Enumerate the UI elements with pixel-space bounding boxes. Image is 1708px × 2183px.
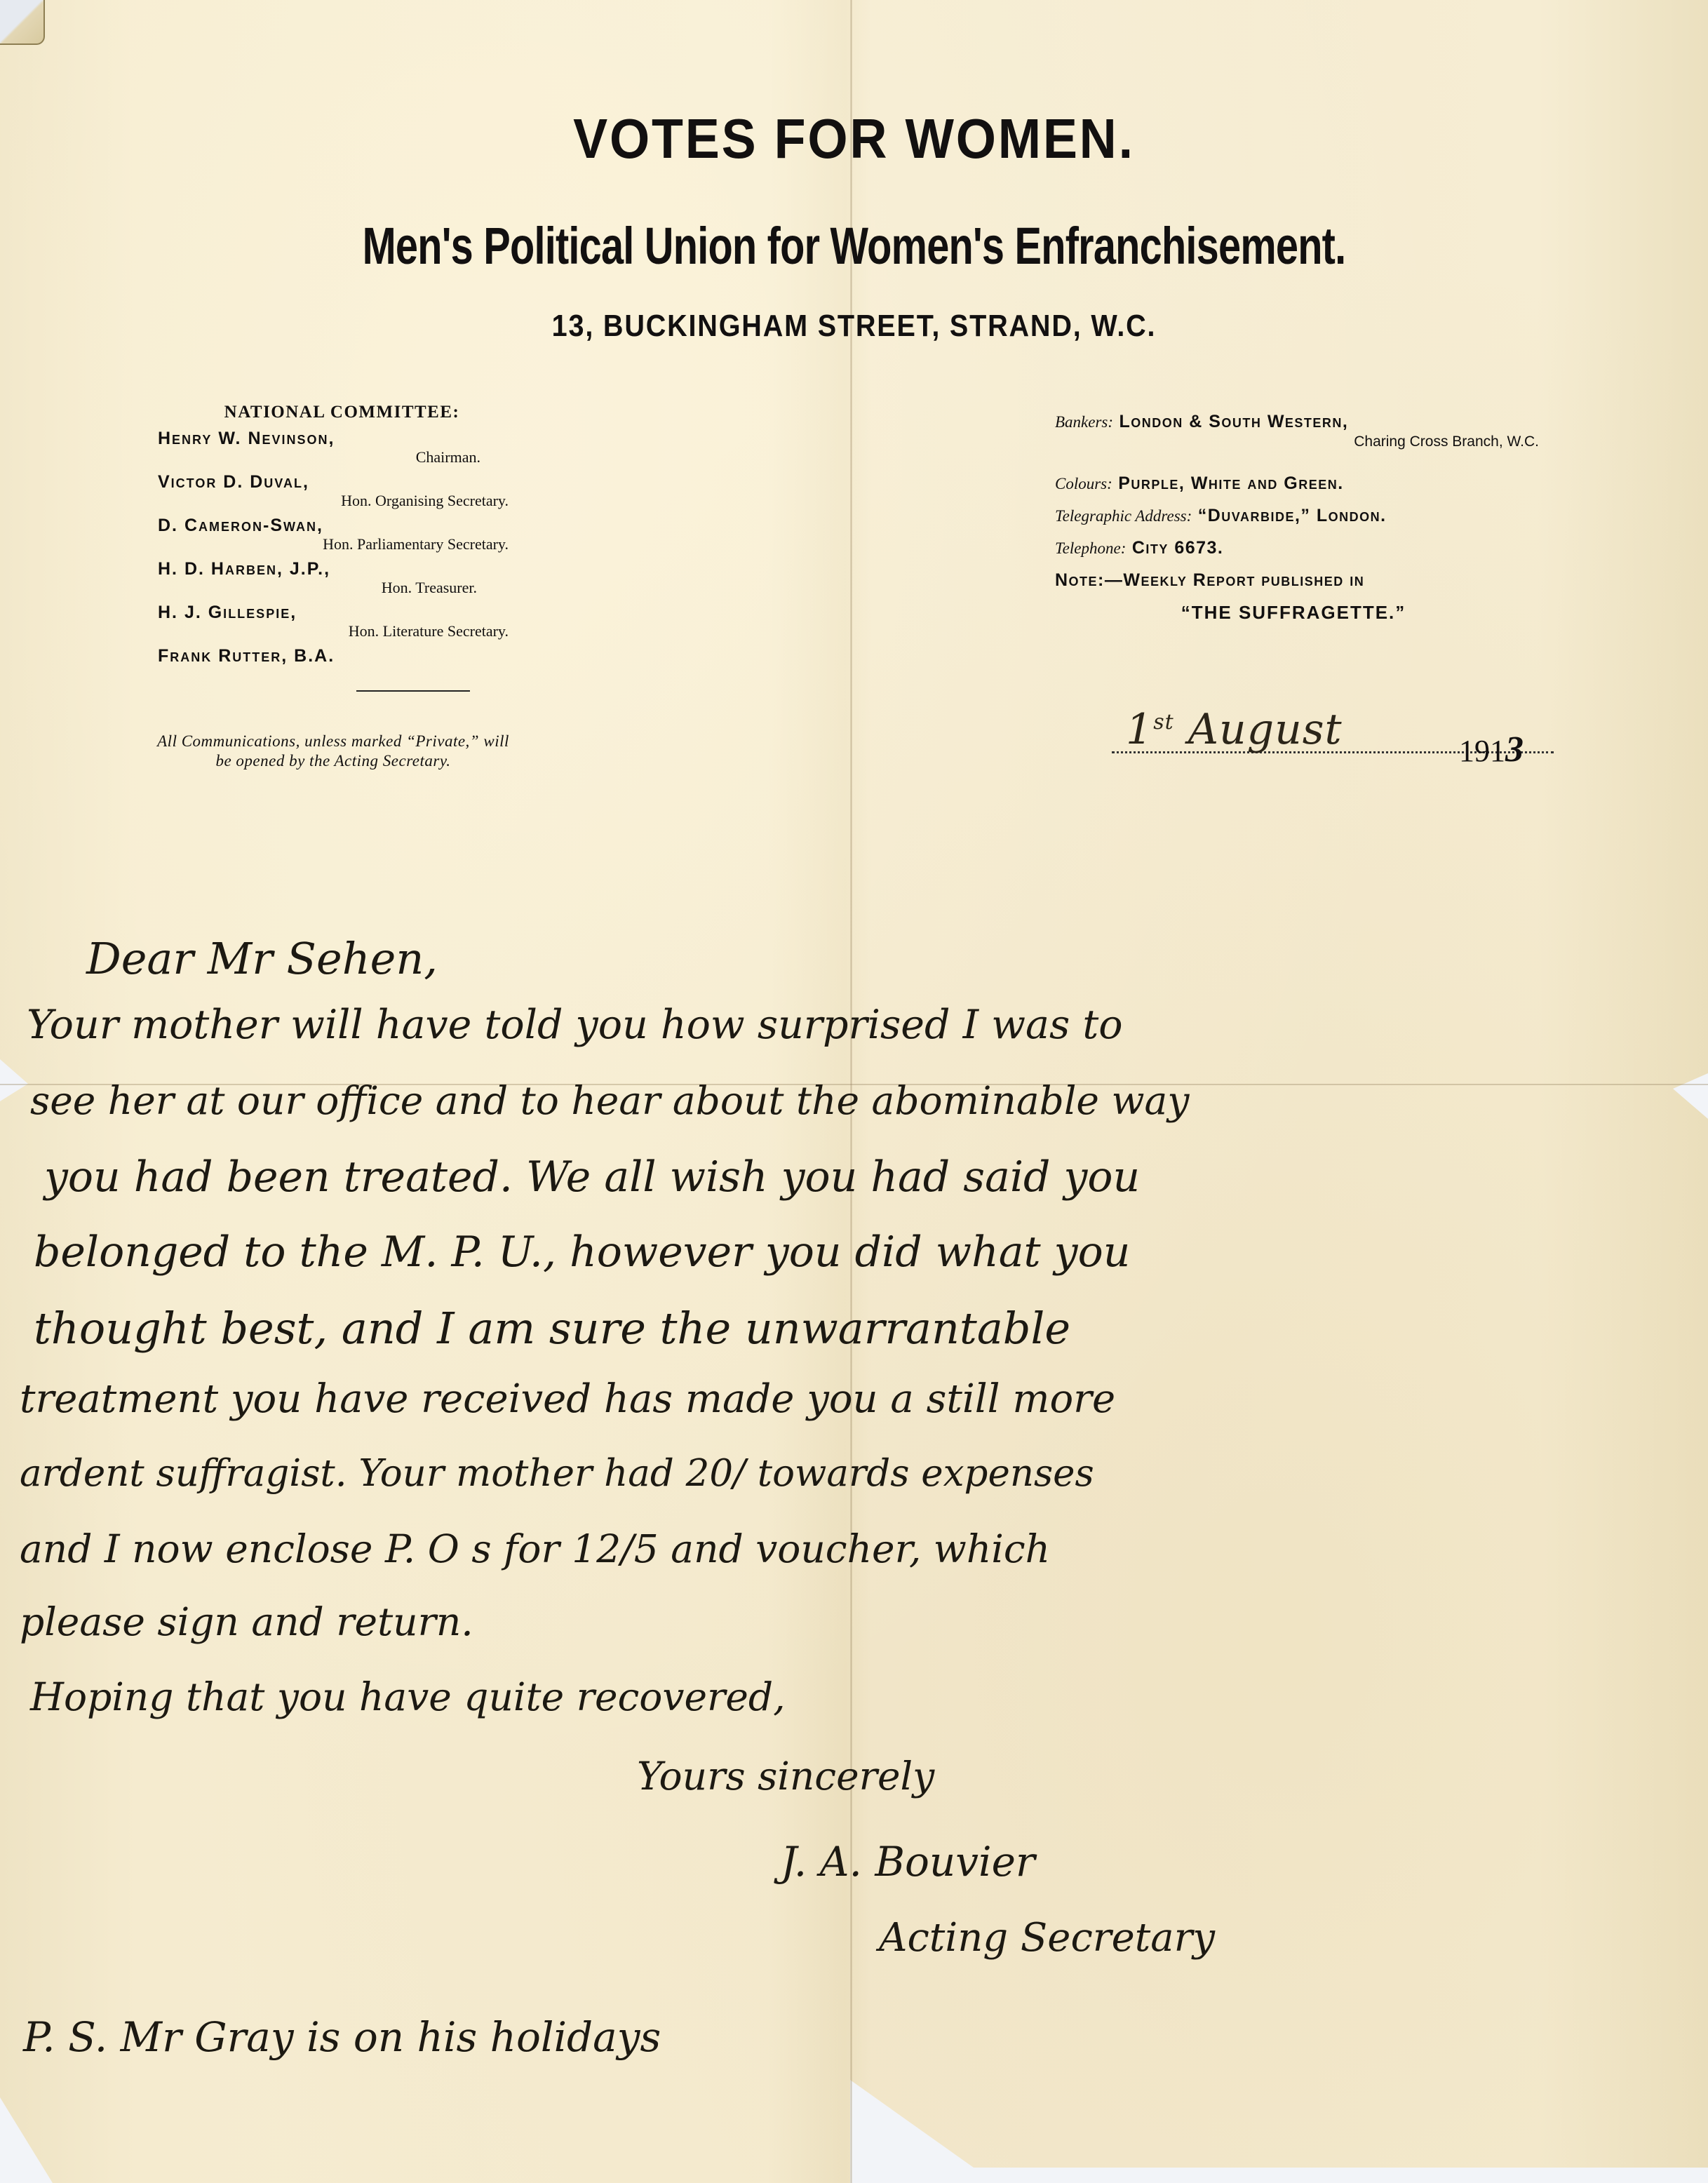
signature: J. A. Bouvier — [781, 1838, 1035, 1886]
colours-label: Colours: — [1055, 475, 1112, 492]
organization-address: 13, BUCKINGHAM STREET, STRAND, W.C. — [86, 309, 1623, 344]
member-role: Hon. Parliamentary Secretary. — [158, 536, 509, 553]
member-role: Chairman. — [158, 449, 509, 466]
committee-member: H. D. Harben, J.P., Hon. Treasurer. — [158, 558, 509, 596]
note-line-2: “THE SUFFRAGETTE.” — [1027, 602, 1560, 634]
folded-corner — [0, 0, 45, 45]
member-role: Hon. Organising Secretary. — [158, 492, 509, 509]
letter-line: please sign and return. — [20, 1599, 473, 1644]
member-role: Hon. Treasurer. — [158, 579, 509, 596]
committee-heading: NATIONAL COMMITTEE: — [175, 403, 509, 422]
committee-member: D. Cameron-Swan, Hon. Parliamentary Secr… — [158, 515, 509, 553]
committee-member: Victor D. Duval, Hon. Organising Secreta… — [158, 471, 509, 509]
letterhead-title: VOTES FOR WOMEN. — [68, 107, 1639, 171]
closing-wish: Hoping that you have quite recovered, — [30, 1674, 786, 1719]
telegraphic-label: Telegraphic Address: — [1055, 507, 1192, 525]
committee-divider — [356, 690, 470, 692]
telephone-label: Telephone: — [1055, 539, 1126, 557]
bankers-label: Bankers: — [1055, 413, 1113, 431]
letter-line: Your mother will have told you how surpr… — [27, 1002, 1123, 1048]
letter-line: thought best, and I am sure the unwarran… — [34, 1303, 1070, 1354]
date-handwritten: 1st August — [1126, 705, 1343, 754]
date-day: 1 — [1126, 705, 1153, 754]
date-day-suffix: st — [1153, 710, 1174, 734]
committee-member: Henry W. Nevinson, Chairman. — [158, 428, 509, 466]
organization-info: Bankers: London & South Western, Charing… — [1055, 411, 1560, 634]
date-year-handwritten: 3 — [1505, 730, 1524, 770]
committee-member: H. J. Gillespie, Hon. Literature Secreta… — [158, 602, 509, 640]
letter-line: and I now enclose P. O s for 12/5 and vo… — [20, 1526, 1050, 1571]
member-role: Hon. Literature Secretary. — [158, 623, 509, 640]
member-name: Frank Rutter, B.A. — [158, 645, 509, 666]
bankers-branch: Charing Cross Branch, W.C. — [1055, 434, 1539, 473]
telegraphic-value: “Duvarbide,” London. — [1198, 506, 1387, 525]
telephone-row: Telephone: City 6673. — [1055, 537, 1560, 570]
colours-row: Colours: Purple, White and Green. — [1055, 473, 1560, 505]
salutation: Dear Mr Sehen, — [86, 933, 438, 984]
letter-line: treatment you have received has made you… — [20, 1376, 1115, 1422]
letter-date: 1st August 1913 — [1112, 705, 1554, 768]
date-year-printed: 191 — [1459, 734, 1505, 768]
signatory-title: Acting Secretary — [879, 1915, 1215, 1961]
valediction: Yours sincerely — [637, 1754, 934, 1799]
member-name: Victor D. Duval, — [158, 471, 509, 492]
telegraphic-row: Telegraphic Address: “Duvarbide,” London… — [1055, 505, 1560, 537]
letter-line: see her at our office and to hear about … — [30, 1078, 1189, 1123]
letter-line: you had been treated. We all wish you ha… — [44, 1153, 1140, 1202]
member-name: H. D. Harben, J.P., — [158, 558, 509, 579]
note-line-1: Note:—Weekly Report published in — [1055, 570, 1560, 602]
national-committee: NATIONAL COMMITTEE: Henry W. Nevinson, C… — [158, 403, 509, 692]
postscript: P. S. Mr Gray is on his holidays — [23, 2013, 661, 2061]
committee-member: Frank Rutter, B.A. — [158, 645, 509, 666]
letter-line: belonged to the M. P. U., however you di… — [34, 1228, 1130, 1277]
colours-value: Purple, White and Green. — [1118, 473, 1343, 493]
organization-name: Men's Political Union for Women's Enfran… — [188, 216, 1520, 276]
date-year: 1913 — [1459, 729, 1524, 770]
member-name: H. J. Gillespie, — [158, 602, 509, 623]
letter-line: ardent suffragist. Your mother had 20/ t… — [20, 1452, 1094, 1495]
telephone-value: City 6673. — [1132, 538, 1224, 558]
member-name: D. Cameron-Swan, — [158, 515, 509, 536]
date-month: August — [1188, 705, 1343, 754]
member-name: Henry W. Nevinson, — [158, 428, 509, 449]
communications-notice: All Communications, unless marked “Priva… — [151, 732, 516, 771]
bankers-value: London & South Western, — [1119, 412, 1348, 431]
